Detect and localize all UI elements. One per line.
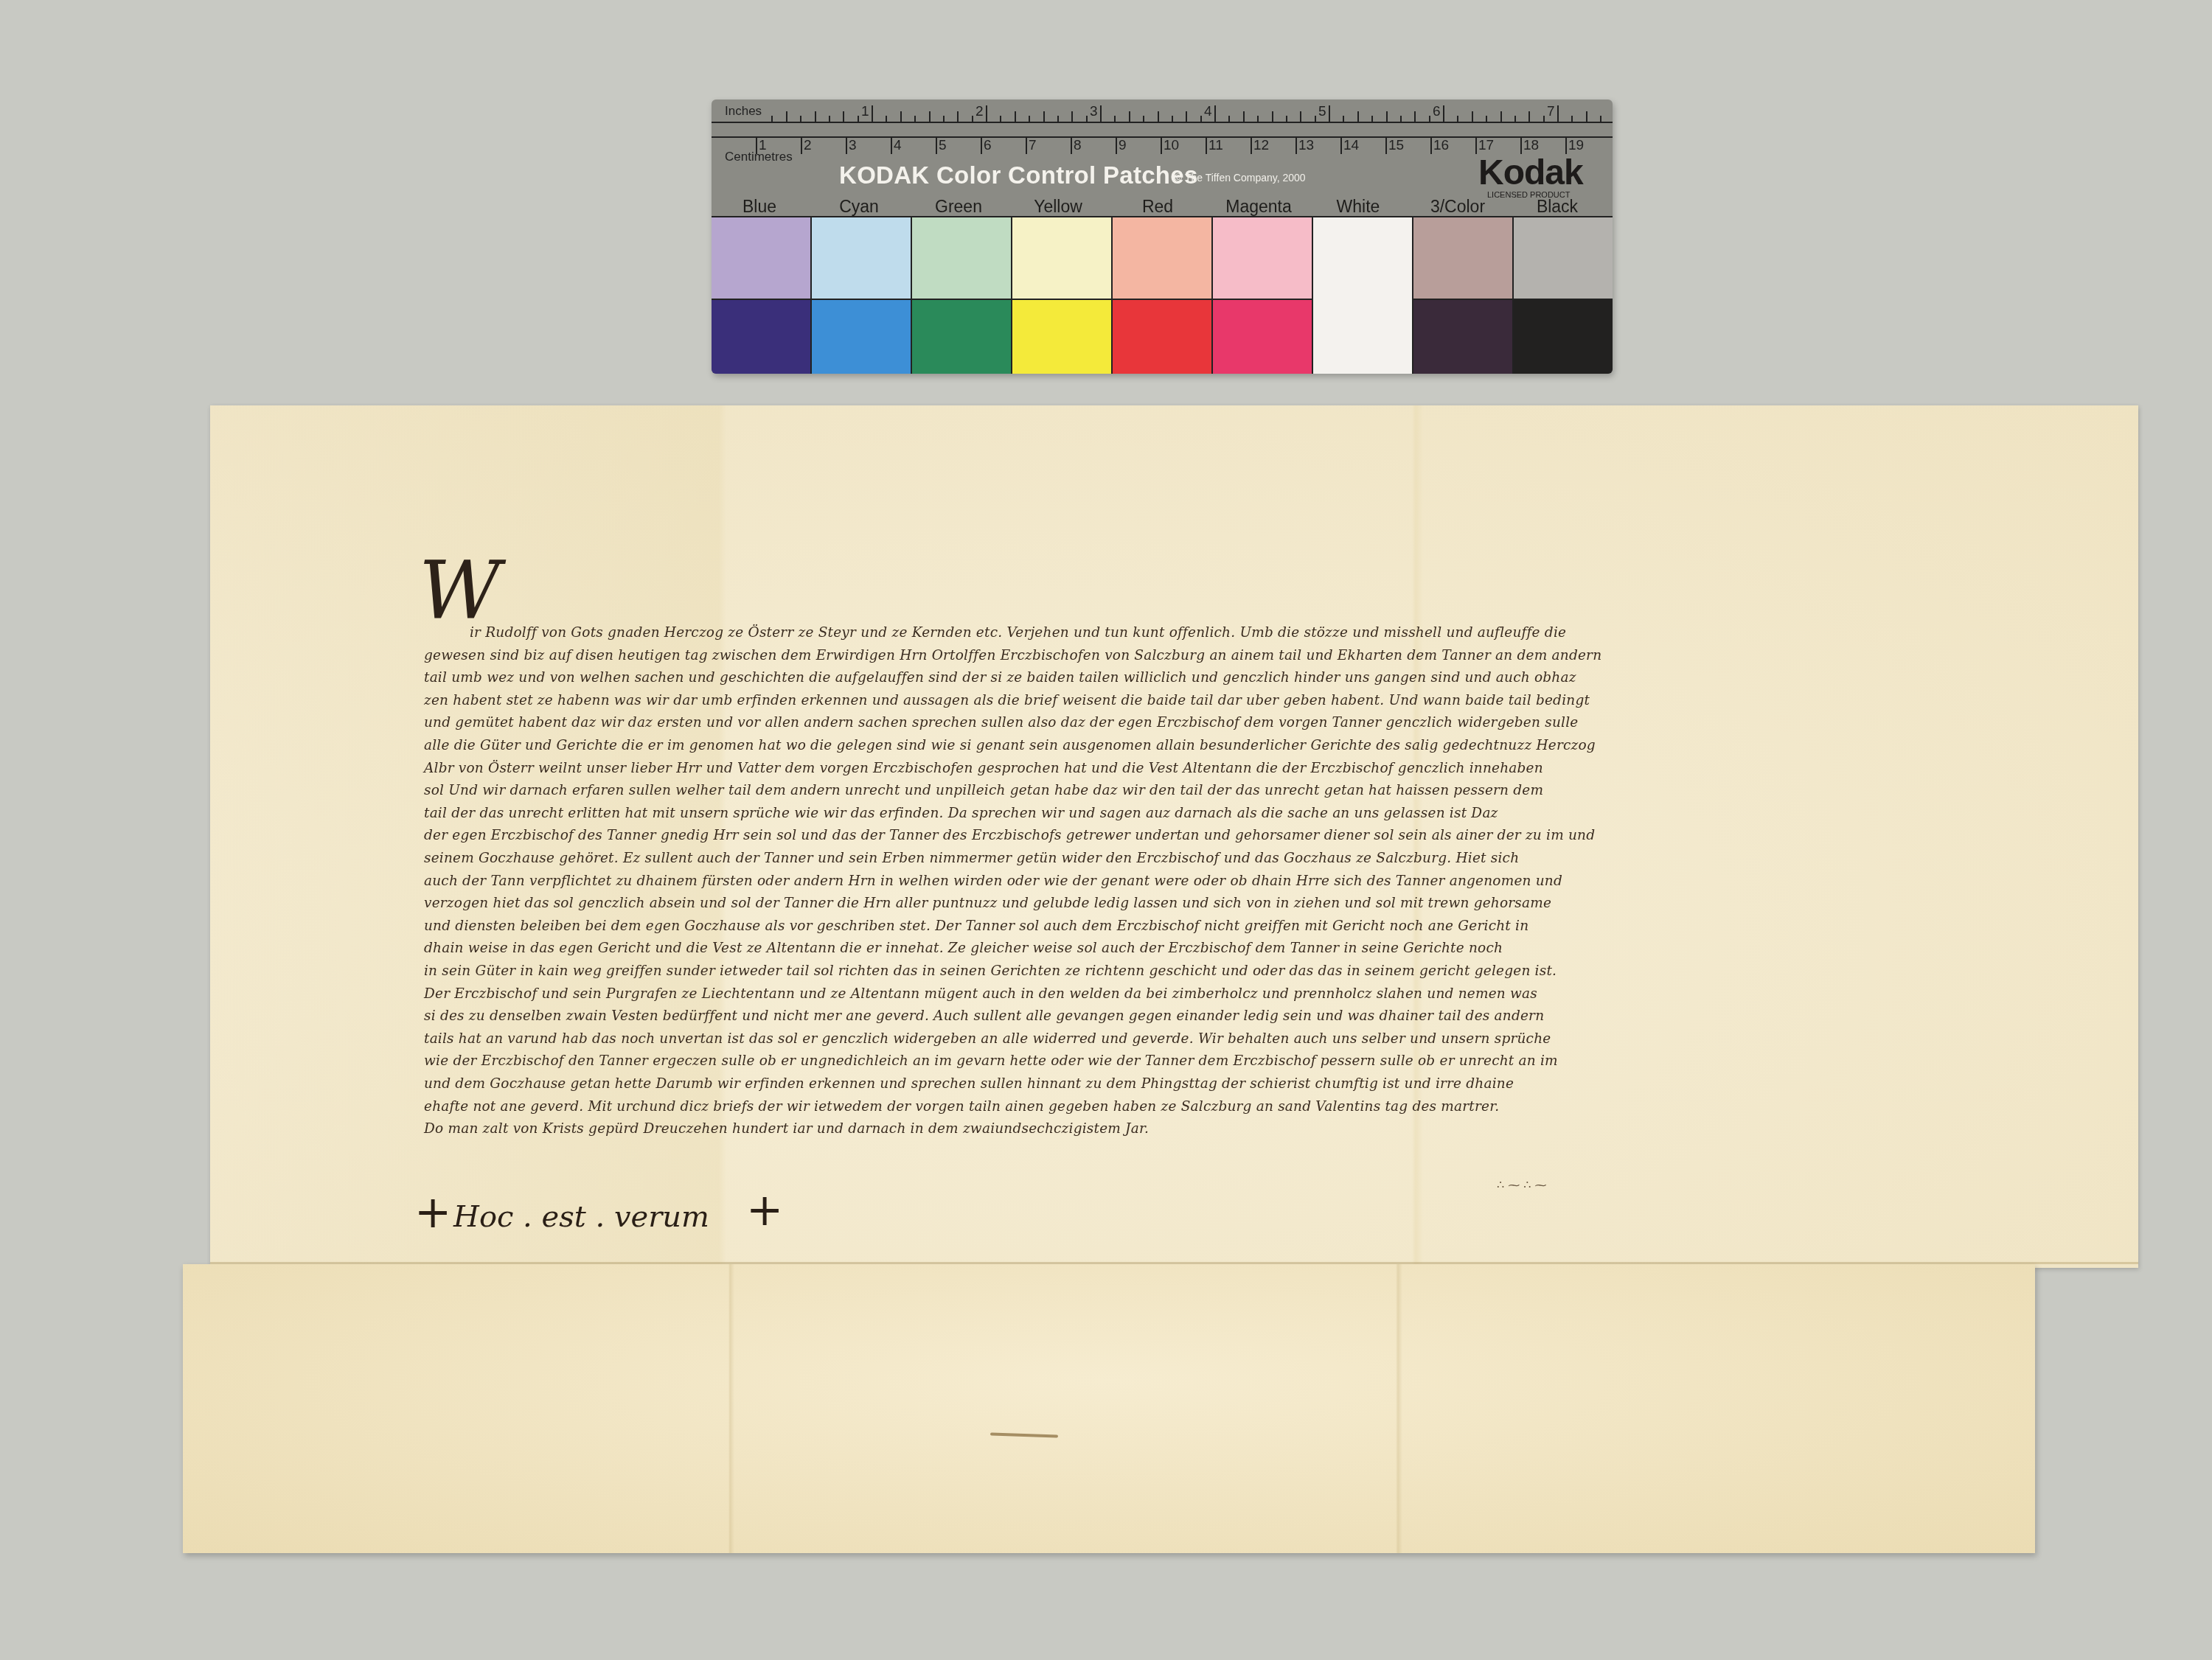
cm-tick-label: 8 <box>1074 138 1082 154</box>
cm-tick <box>1071 136 1072 154</box>
inch-subtick <box>1015 111 1016 123</box>
charter-line: Albr von Österr weilnt unser lieber Hrr … <box>424 761 1543 776</box>
charter-line: ehafte not ane geverd. Mit urchund dicz … <box>424 1099 1499 1115</box>
patch-label-cyan: Cyan <box>811 197 907 217</box>
inch-subtick <box>800 116 801 123</box>
cm-tick-label: 18 <box>1523 138 1539 154</box>
inch-subtick <box>1500 111 1502 123</box>
inch-tick <box>1443 105 1444 123</box>
inch-subtick <box>815 111 816 123</box>
charter-line: gewesen sind biz auf disen heutigen tag … <box>424 648 1601 663</box>
cm-tick <box>1385 136 1387 154</box>
inch-subtick <box>1114 116 1116 123</box>
inch-subtick <box>1186 111 1187 123</box>
cm-tick-label: 9 <box>1119 138 1127 154</box>
charter-line: si des zu denselben zwain Vesten bedürff… <box>424 1008 1544 1024</box>
inch-subtick <box>886 116 887 123</box>
inch-subtick <box>914 116 916 123</box>
seal-slit <box>990 1432 1058 1437</box>
inch-subtick <box>843 111 844 123</box>
plica-fold <box>183 1264 2035 1553</box>
decorated-initial: W <box>419 545 501 638</box>
inch-subtick <box>1257 116 1259 123</box>
inch-tick-label: 3 <box>1090 104 1098 120</box>
inch-subtick <box>1272 111 1273 123</box>
cross-mark-right: + <box>746 1185 783 1236</box>
patch-label-red: Red <box>1110 197 1206 217</box>
patch-dark <box>1012 299 1111 374</box>
inch-tick-label: 2 <box>975 104 984 120</box>
inch-scale-line <box>712 122 1613 123</box>
charter-line: auch der Tann verpflichtet zu dhainem fü… <box>424 873 1562 889</box>
cm-tick <box>936 136 937 154</box>
charter-line: und diensten beleiben bei dem egen Goczh… <box>424 918 1528 934</box>
patch-dark <box>1313 299 1412 374</box>
inch-subtick <box>1514 116 1516 123</box>
patch-dark <box>1113 299 1211 374</box>
inch-subtick <box>1071 111 1073 123</box>
cm-tick-label: 11 <box>1208 138 1223 154</box>
patch-light <box>1514 217 1613 299</box>
cm-tick <box>1206 136 1207 154</box>
patch-label-blue: Blue <box>712 197 807 217</box>
charter-line: dhain weise in das egen Gericht und die … <box>424 941 1503 956</box>
cm-tick-label: 5 <box>939 138 947 154</box>
inch-tick-label: 6 <box>1433 104 1441 120</box>
kodak-color-control-card: Inches 12345678 123456789101112131415161… <box>712 100 1613 374</box>
card-copyright: © The Tiffen Company, 2000 <box>1175 172 1306 184</box>
charter-line: in sein Güter in kain weg greiffen sunde… <box>424 963 1557 979</box>
cm-tick-label: 2 <box>804 138 812 154</box>
notarial-marks: ∴ ⁓ ∴ ⁓ <box>1497 1178 1547 1192</box>
inch-subtick <box>1571 116 1573 123</box>
inch-subtick <box>1286 116 1287 123</box>
inch-tick <box>1557 105 1559 123</box>
cross-mark-left: + <box>414 1187 451 1238</box>
patch-dark <box>812 299 911 374</box>
inch-tick <box>872 105 873 123</box>
cm-tick-label: 16 <box>1433 138 1449 154</box>
cm-tick-label: 4 <box>894 138 902 154</box>
patch-light <box>1313 217 1412 299</box>
inch-subtick <box>1243 111 1245 123</box>
inch-subtick <box>1158 111 1159 123</box>
cm-tick-label: 15 <box>1388 138 1404 154</box>
charter-line: der egen Erczbischof des Tanner gnedig H… <box>424 828 1595 843</box>
patch-label-green: Green <box>911 197 1006 217</box>
inch-subtick <box>829 116 830 123</box>
charter-line: sol Und wir darnach erfaren sullen welhe… <box>424 783 1543 798</box>
inch-tick <box>1329 105 1330 123</box>
inch-subtick <box>1528 111 1530 123</box>
patch-light <box>712 217 810 299</box>
cm-tick-label: 10 <box>1164 138 1179 154</box>
patch-cyan <box>812 217 912 374</box>
cm-tick <box>1161 136 1162 154</box>
charter-line: und dem Goczhause getan hette Darumb wir… <box>424 1076 1514 1092</box>
cm-tick-label: 12 <box>1253 138 1269 154</box>
inch-subtick <box>1371 116 1373 123</box>
ruler-centimetres-label: Centimetres <box>725 150 793 164</box>
patch-light <box>1012 217 1111 299</box>
cm-tick-label: 19 <box>1568 138 1584 154</box>
inch-tick-label: 7 <box>1547 104 1555 120</box>
inch-subtick <box>1086 116 1088 123</box>
cm-tick <box>1475 136 1477 154</box>
inch-tick <box>1100 105 1102 123</box>
inch-subtick <box>1029 116 1030 123</box>
patch-white <box>1313 217 1413 374</box>
cm-tick <box>1520 136 1522 154</box>
patch-black <box>1514 217 1613 374</box>
cm-tick <box>1430 136 1432 154</box>
patch-dark <box>1213 299 1312 374</box>
inch-subtick <box>929 111 931 123</box>
inch-subtick <box>1472 111 1473 123</box>
charter-line: verzogen hiet das sol genczlich absein u… <box>424 896 1551 911</box>
patch-red <box>1113 217 1213 374</box>
inch-subtick <box>1057 116 1059 123</box>
patch-label-white: White <box>1310 197 1406 217</box>
patch-green <box>912 217 1012 374</box>
charter-line: seinem Goczhause gehöret. Ez sullent auc… <box>424 851 1519 866</box>
charter-line: Der Erczbischof und sein Purgrafen ze Li… <box>424 986 1537 1002</box>
charter-line: tail umb wez und von welhen sachen und g… <box>424 670 1576 686</box>
patch-blue <box>712 217 812 374</box>
cm-tick <box>1340 136 1342 154</box>
cm-tick-label: 7 <box>1029 138 1037 154</box>
patch-dark <box>712 299 810 374</box>
inch-subtick <box>1386 111 1388 123</box>
cm-tick <box>1251 136 1252 154</box>
charter-line: wie der Erczbischof den Tanner ergeczen … <box>424 1053 1558 1069</box>
inch-subtick <box>1172 116 1173 123</box>
inch-subtick <box>1400 116 1402 123</box>
cm-tick <box>1565 136 1567 154</box>
card-title: KODAK Color Control Patches <box>839 161 1198 189</box>
inch-subtick <box>900 111 902 123</box>
inch-subtick <box>786 111 787 123</box>
cm-tick <box>981 136 982 154</box>
patch-label-magenta: Magenta <box>1211 197 1307 217</box>
cm-tick <box>1295 136 1297 154</box>
charter-line: alle die Güter und Gerichte die er im ge… <box>424 738 1596 753</box>
cm-tick <box>1026 136 1027 154</box>
color-patches <box>712 216 1613 374</box>
inch-subtick <box>1429 116 1430 123</box>
charter-line: tail der das unrecht erlitten hat mit un… <box>424 806 1498 821</box>
patch-light <box>912 217 1011 299</box>
inch-subtick <box>1228 116 1230 123</box>
inch-subtick <box>1543 116 1545 123</box>
patch-label-black: Black <box>1509 197 1605 217</box>
inch-subtick <box>1000 116 1001 123</box>
patch-light <box>1413 217 1512 299</box>
cm-tick-label: 14 <box>1343 138 1359 154</box>
patch-label-yellow: Yellow <box>1010 197 1106 217</box>
cm-tick-label: 6 <box>984 138 992 154</box>
patch-3color <box>1413 217 1514 374</box>
kodak-logo: Kodak <box>1478 153 1583 193</box>
inch-subtick <box>1129 111 1130 123</box>
charter-line: Do man zalt von Krists gepürd Dreuczehen… <box>424 1121 1149 1137</box>
inch-tick-label: 1 <box>861 104 869 120</box>
cm-tick <box>891 136 892 154</box>
charter-line: zen habent stet ze habenn was wir dar um… <box>424 693 1590 708</box>
cm-tick <box>846 136 847 154</box>
inch-tick <box>986 105 987 123</box>
cm-tick-label: 17 <box>1478 138 1494 154</box>
inch-subtick <box>771 116 773 123</box>
charter-line: und gemütet habent daz wir daz ersten un… <box>424 715 1578 730</box>
inch-subtick <box>1343 116 1344 123</box>
cm-tick <box>1116 136 1117 154</box>
ruler-inches-label: Inches <box>725 104 762 119</box>
patch-light <box>812 217 911 299</box>
inch-subtick <box>1143 116 1144 123</box>
inch-subtick <box>858 116 859 123</box>
patch-light <box>1213 217 1312 299</box>
patch-dark <box>1514 299 1613 374</box>
inch-tick-label: 5 <box>1318 104 1326 120</box>
inch-subtick <box>1414 111 1416 123</box>
charter-line: tails hat an varund hab das noch unverta… <box>424 1031 1551 1047</box>
cm-tick-label: 3 <box>849 138 857 154</box>
patch-light <box>1113 217 1211 299</box>
patch-magenta <box>1213 217 1313 374</box>
inch-subtick <box>957 111 959 123</box>
patch-label-3color: 3/Color <box>1410 197 1506 217</box>
ruler: Inches 12345678 123456789101112131415161… <box>712 100 1613 170</box>
patch-dark <box>1413 299 1512 374</box>
cm-tick <box>801 136 802 154</box>
inch-subtick <box>1300 111 1301 123</box>
charter-line: ir Rudolff von Gots gnaden Herczog ze Ös… <box>470 625 1566 641</box>
signature-hoc-est-verum: Hoc . est . verum <box>453 1200 709 1234</box>
cm-tick-label: 13 <box>1298 138 1314 154</box>
patch-yellow <box>1012 217 1113 374</box>
inch-subtick <box>1315 116 1316 123</box>
inch-subtick <box>972 116 973 123</box>
inch-subtick <box>1457 116 1458 123</box>
inch-subtick <box>1486 116 1487 123</box>
patch-dark <box>912 299 1011 374</box>
inch-subtick <box>1200 116 1202 123</box>
inch-subtick <box>1043 111 1045 123</box>
inch-tick <box>1214 105 1216 123</box>
inch-subtick <box>1586 111 1587 123</box>
inch-subtick <box>1357 111 1359 123</box>
inch-subtick <box>943 116 945 123</box>
inch-subtick <box>1600 116 1601 123</box>
inch-tick-label: 4 <box>1204 104 1212 120</box>
